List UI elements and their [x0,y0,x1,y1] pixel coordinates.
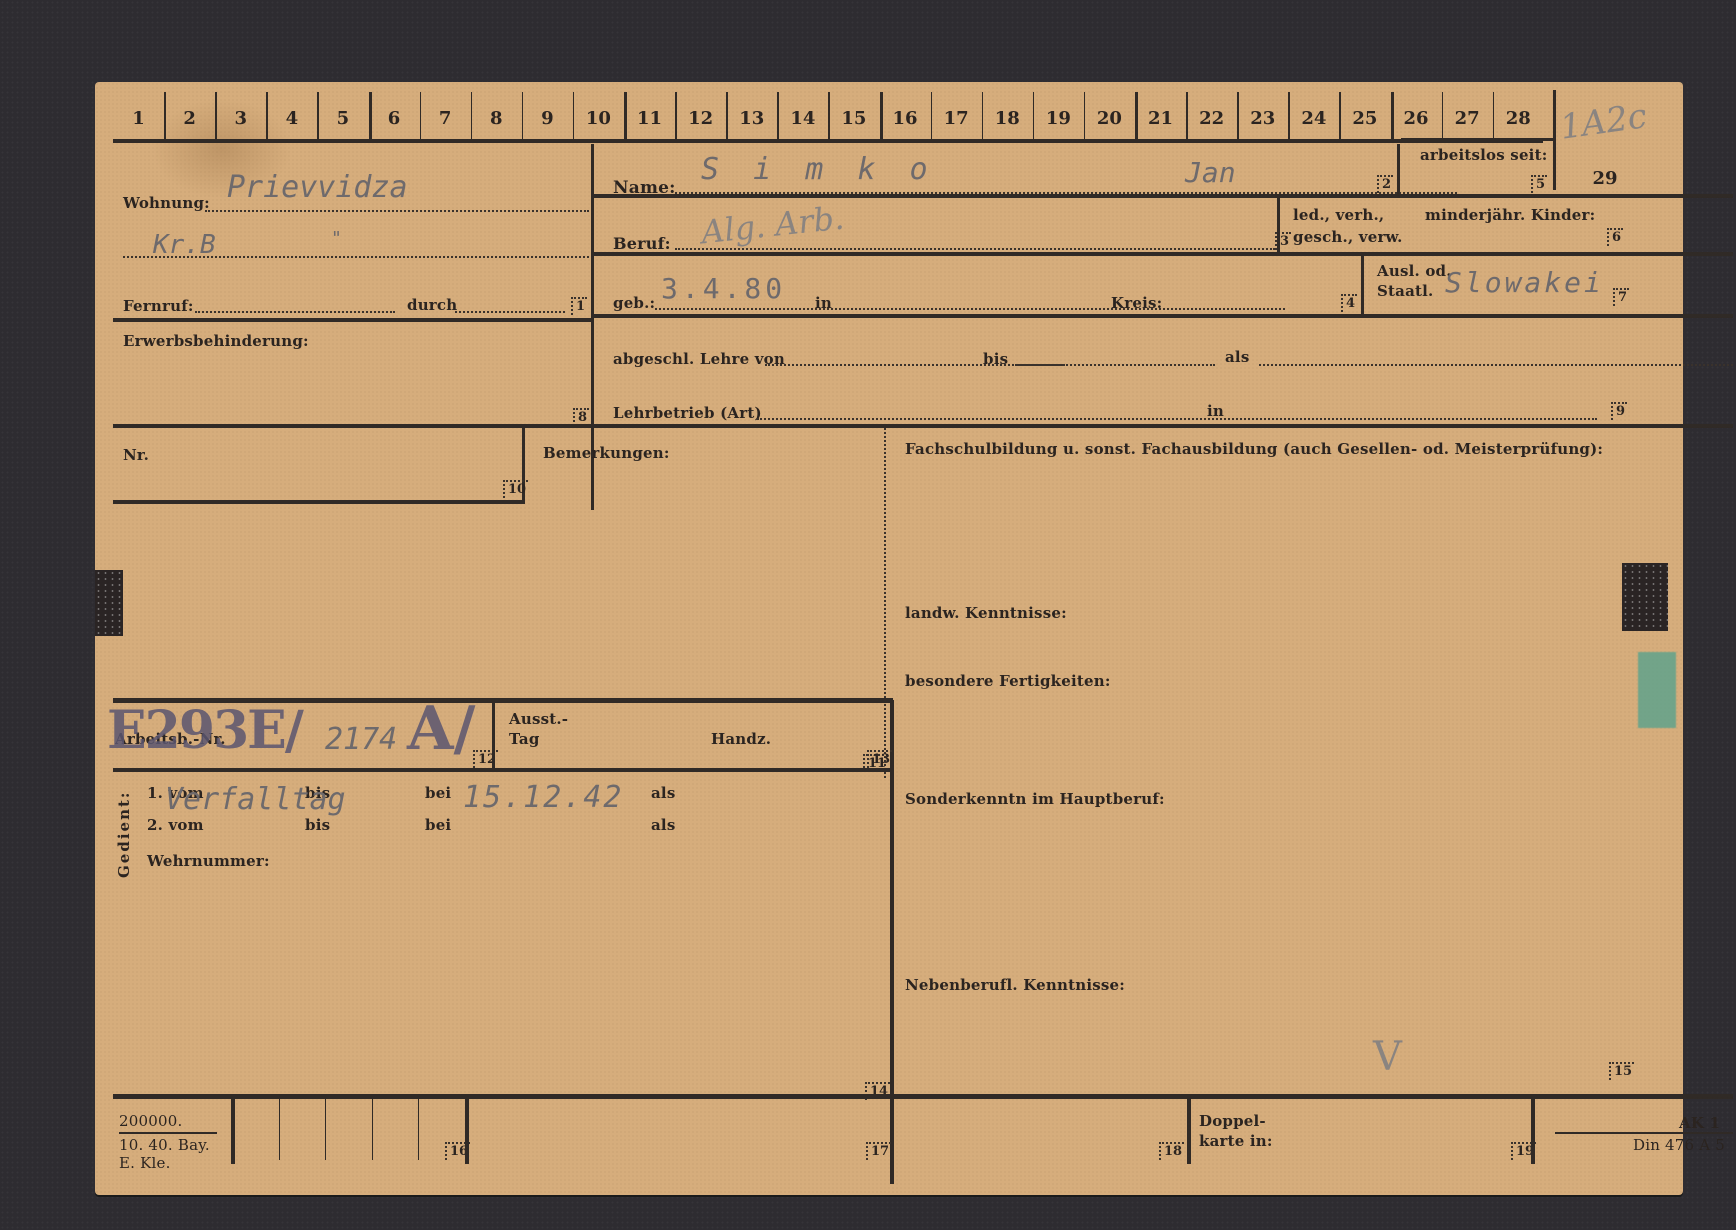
line-under-beruf [593,252,1733,256]
ruler-number-3: 3 [215,108,266,129]
line-under-geb [593,314,1733,318]
staatl-divider [1361,254,1364,316]
landw-label: landw. Kenntnisse: [905,604,1067,622]
arbeitslos-label: arbeitslos seit: [1420,146,1547,164]
name-line [675,192,1457,194]
ruler-number-23: 23 [1237,108,1288,129]
beruf-divider [1277,198,1280,254]
row2-bei-label: bei [425,816,451,834]
ruler-number-15: 15 [828,108,879,129]
din-code: Din 476 A 5 [1633,1136,1725,1154]
right-section-divider [890,700,894,1184]
bottom-div-1 [231,1096,235,1164]
handz-label: Handz. [711,730,771,748]
print-run: 200000. [119,1112,182,1130]
lehrbetrieb-label: Lehrbetrieb (Art) [613,404,762,422]
name-surname: S i m k o [701,152,936,187]
bemerkungen-divider [884,428,886,778]
wohnung-value: Prievvidza [227,170,408,205]
field-number-9: 9 [1611,402,1627,420]
field-number-13: 13 [867,750,892,768]
wohnung-ditto: " [331,228,342,249]
pencil-code: 1A2c [1558,96,1650,148]
staatl-label-1: Ausl. od. [1377,262,1452,280]
form-code-rule [1555,1132,1733,1134]
index-tab-right [1622,563,1668,631]
ruler-number-13: 13 [726,108,777,129]
field-number-7: 7 [1613,288,1629,306]
ruler-number-27: 27 [1442,108,1493,129]
bottom-tick-3 [372,1096,373,1160]
arbeitsbuch-typed: 2174 [325,722,397,757]
row1-typed-verfalltag: Verfalltag [165,782,346,817]
field-number-4: 4 [1341,294,1357,312]
field-number-18: 18 [1159,1142,1184,1160]
lehrbetrieb-in-label: in [1207,402,1224,420]
staatl-value: Slowakei [1445,266,1604,299]
lehre-bis-label: bis [983,350,1008,368]
green-crayon-mark [1638,652,1676,728]
ruler-number-24: 24 [1288,108,1339,129]
durch-label: durch [407,296,457,314]
field-number-10: 10 [503,480,528,498]
name-label: Name: [613,178,676,198]
line-under-arbeitsbuch [113,768,893,772]
geb-value: 3.4.80 [661,272,786,305]
arbeitsbuch-stamp-2: A/ [407,694,475,764]
sonderkenntn-label: Sonderkenntn im Hauptberuf: [905,790,1165,808]
geb-line [655,308,1285,310]
line-under-nr [113,500,525,504]
ruler-number-8: 8 [471,108,522,129]
arbeitsbuch-stamp: E293E/ [107,700,302,761]
fernruf-line [195,311,395,313]
row1-typed-date: 15.12.42 [463,780,624,815]
ruler-baseline-right [1401,138,1555,141]
kinder-label: minderjähr. Kinder: [1425,206,1595,224]
print-info-2: E. Kle. [119,1154,171,1172]
geb-label: geb.: [613,294,655,312]
lehrbetrieb-line [757,418,1597,420]
ruler-number-5: 5 [317,108,368,129]
lehre-als-label: als [1225,348,1249,366]
bottom-div-3 [1187,1096,1191,1164]
ruler-number-12: 12 [675,108,726,129]
ruler-number-28: 28 [1493,108,1544,129]
doppelkarte-label-2: karte in: [1199,1132,1273,1150]
nebenberufl-label: Nebenberufl. Kenntnisse: [905,976,1125,994]
durch-line [455,311,565,313]
print-info-1: 10. 40. Bay. [119,1136,210,1154]
row2-vom-label: 2. vom [147,816,204,834]
ruler-number-10: 10 [573,108,624,129]
erwerbsbehinderung-label: Erwerbsbehinderung: [123,332,309,350]
ausst-divider [492,700,495,768]
ruler-number-1: 1 [113,108,164,129]
fachschul-label: Fachschulbildung u. sonst. Fachausbildun… [905,440,1603,458]
field-number-5: 5 [1531,175,1547,193]
beruf-label: Beruf: [613,234,671,253]
lehre-label: abgeschl. Lehre von [613,350,785,368]
row2-bis-label: bis [305,816,330,834]
ruler-number-20: 20 [1084,108,1135,129]
bottom-strip-top-line [113,1094,1733,1099]
wohnung-line2-value: Kr.B [153,230,216,260]
ruler-number-14: 14 [777,108,828,129]
ruler-number-22: 22 [1186,108,1237,129]
lehre-als-line [1259,364,1733,366]
doppelkarte-label-1: Doppel- [1199,1112,1266,1130]
familienstand-label-1: led., verh., [1293,206,1384,224]
ruler-number-26: 26 [1391,108,1442,129]
row1-als-label: als [651,784,675,802]
kreis-label: Kreis: [1111,294,1162,312]
index-tab-left [95,570,123,636]
familienstand-label-2: gesch., verw. [1293,228,1403,246]
ruler-number-17: 17 [931,108,982,129]
row1-bei-label: bei [425,784,451,802]
ruler-number-6: 6 [369,108,420,129]
field-number-1: 1 [571,297,587,315]
field-number-15: 15 [1609,1062,1634,1080]
ausst-label-2: Tag [509,730,540,748]
form-code: AK 1 [1679,1114,1720,1132]
gedient-label: Gedient: [115,791,133,878]
wohnung-label: Wohnung: [123,194,210,212]
ruler-number-7: 7 [420,108,471,129]
geb-in-label: in [815,294,832,312]
wohnung-line [205,210,589,212]
bottom-div-4 [1531,1096,1535,1164]
bottom-tick-4 [418,1096,419,1160]
ruler-number-19: 19 [1033,108,1084,129]
ruler-number-2: 2 [164,108,215,129]
lehre-bis-line [1015,364,1215,366]
field-number-6: 6 [1607,228,1623,246]
pencil-check-mark: V [1373,1034,1402,1080]
line-under-lehrbetrieb [113,424,1733,428]
staatl-label-2: Staatl. [1377,282,1433,300]
line-under-name [593,194,1733,198]
beruf-value: Alg. Arb. [699,199,845,252]
registration-card: 29 1A2c Wohnung: Prievvidza Kr.B " Fernr… [95,82,1683,1195]
ruler-number-29: 29 [1575,168,1635,189]
ausst-label-1: Ausst.- [509,710,568,728]
arbeitslos-divider [1397,144,1400,196]
ruler-number-18: 18 [982,108,1033,129]
field-number-17: 17 [866,1142,891,1160]
bottom-div-2 [465,1096,469,1164]
wehrnummer-label: Wehrnummer: [147,852,270,870]
fernruf-label: Fernruf: [123,297,194,315]
ruler-number-9: 9 [522,108,573,129]
print-info-rule [119,1132,217,1134]
field-number-2: 2 [1377,175,1393,193]
nr-label: Nr. [123,446,149,464]
beruf-line [675,248,1275,250]
bottom-tick-2 [325,1096,326,1160]
name-given: Jan [1185,156,1236,189]
ruler-number-21: 21 [1135,108,1186,129]
ruler-number-16: 16 [880,108,931,129]
bottom-tick-1 [279,1096,280,1160]
fertigkeiten-label: besondere Fertigkeiten: [905,672,1111,690]
ruler-number-4: 4 [266,108,317,129]
bemerkungen-label: Bemerkungen: [543,444,670,462]
ruler-number-25: 25 [1339,108,1390,129]
row2-als-label: als [651,816,675,834]
line-under-fernruf [113,318,591,322]
ruler-number-11: 11 [624,108,675,129]
